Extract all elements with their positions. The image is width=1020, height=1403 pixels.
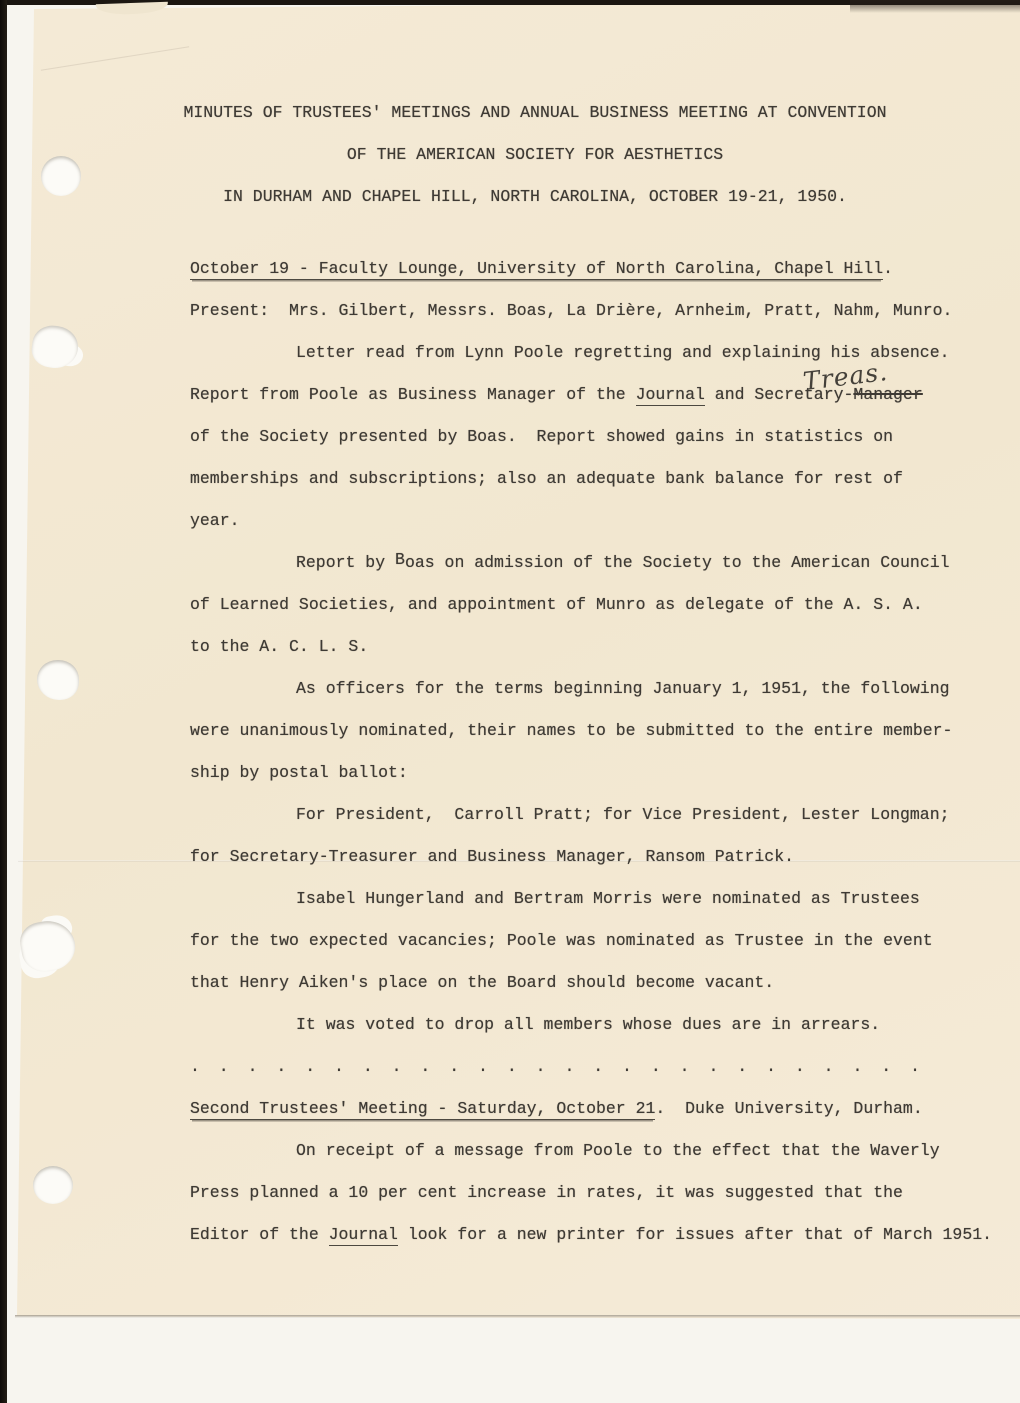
title-line-2: OF THE AMERICAN SOCIETY FOR AESTHETICS <box>50 134 1020 176</box>
punch-hole <box>33 1166 73 1204</box>
document-line: As officers for the terms beginning Janu… <box>190 668 1014 710</box>
document-line: that Henry Aiken's place on the Board sh… <box>190 962 1014 1004</box>
document-line: Press planned a 10 per cent increase in … <box>190 1172 1014 1214</box>
handwritten-correction: Treas. <box>801 351 891 403</box>
document-body: October 19 - Faculty Lounge, University … <box>190 248 1014 1256</box>
document-line: Report by Boas on admission of the Socie… <box>190 542 1014 584</box>
underlined-text: Journal <box>329 1225 398 1246</box>
document-line: It was voted to drop all members whose d… <box>190 1004 1014 1046</box>
struck-out-text: ManagerTreas. <box>853 385 922 404</box>
document-line: of the Society presented by Boas. Report… <box>190 416 1014 458</box>
document-line: Letter read from Lynn Poole regretting a… <box>190 332 1014 374</box>
document-line: Present: Mrs. Gilbert, Messrs. Boas, La … <box>190 290 1014 332</box>
document-line: memberships and subscriptions; also an a… <box>190 458 1014 500</box>
scanned-document-page: { "scan": { "paper_color": "#f3e8d3", "i… <box>0 0 1020 1403</box>
document-line: Isabel Hungerland and Bertram Morris wer… <box>190 878 1014 920</box>
document-line: Editor of the Journal look for a new pri… <box>190 1214 1014 1256</box>
document-line: of Learned Societies, and appointment of… <box>190 584 1014 626</box>
document-line: year. <box>190 500 1014 542</box>
underlined-text: October 19 - Faculty Lounge, University … <box>190 259 883 280</box>
title-line-1: MINUTES OF TRUSTEES' MEETINGS AND ANNUAL… <box>50 92 1020 134</box>
scan-left-edge <box>0 0 7 1403</box>
document-line: to the A. C. L. S. <box>190 626 1014 668</box>
underlined-text: Second Trustees' Meeting - Saturday, Oct… <box>190 1099 655 1120</box>
section-heading-october-19: October 19 - Faculty Lounge, University … <box>190 248 1014 290</box>
document-line: ship by postal ballot: <box>190 752 1014 794</box>
document-line: for Secretary-Treasurer and Business Man… <box>190 836 1014 878</box>
punch-hole <box>37 660 79 700</box>
document-line: for the two expected vacancies; Poole wa… <box>190 920 1014 962</box>
document-title: MINUTES OF TRUSTEES' MEETINGS AND ANNUAL… <box>50 92 1020 218</box>
section-heading-october-21: Second Trustees' Meeting - Saturday, Oct… <box>190 1088 1014 1130</box>
title-line-3: IN DURHAM AND CHAPEL HILL, NORTH CAROLIN… <box>50 176 1020 218</box>
paper-bottom-edge <box>15 1315 1020 1318</box>
document-line: On receipt of a message from Poole to th… <box>190 1130 1014 1172</box>
scan-top-right-edge <box>850 0 1020 13</box>
line-with-correction: Report from Poole as Business Manager of… <box>190 374 1014 416</box>
dotted-separator: . . . . . . . . . . . . . . . . . . . . … <box>190 1046 1014 1088</box>
document-line: For President, Carroll Pratt; for Vice P… <box>190 794 1014 836</box>
underlined-text: Journal <box>636 385 705 406</box>
document-line: were unanimously nominated, their names … <box>190 710 1014 752</box>
